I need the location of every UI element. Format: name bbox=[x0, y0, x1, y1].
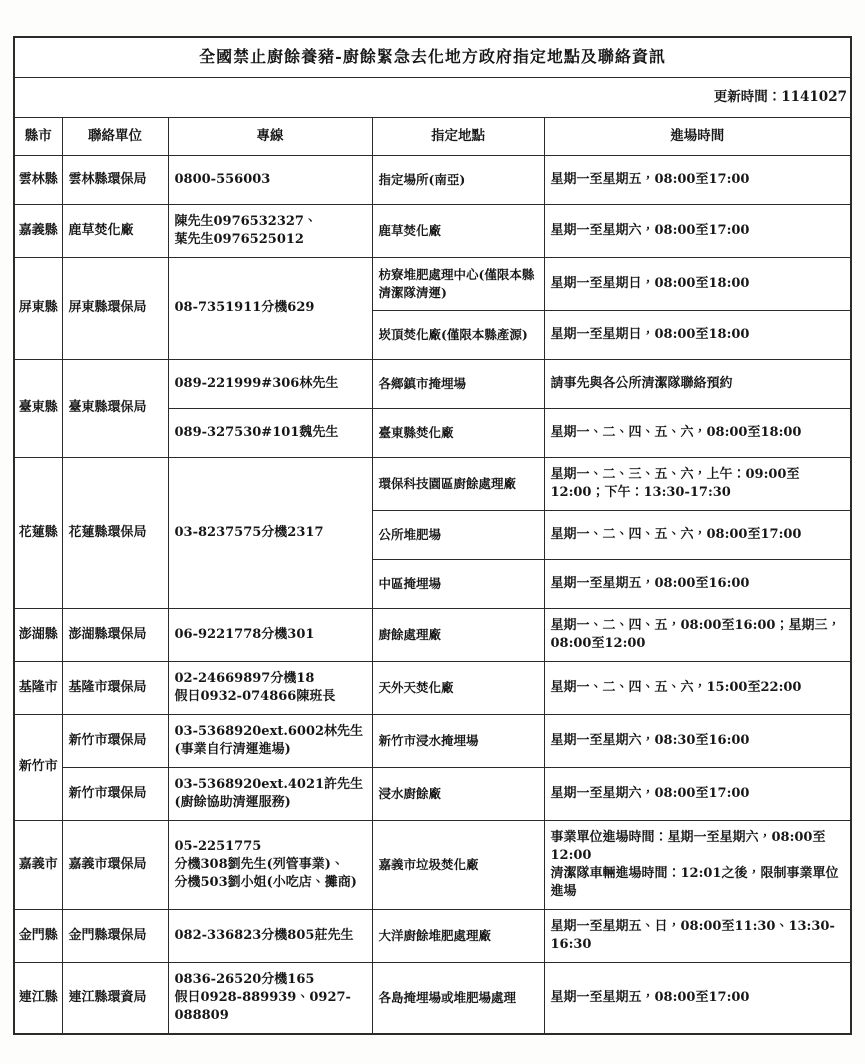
cell-county: 金門縣 bbox=[14, 909, 62, 962]
table-row: 基隆市基隆市環保局02-24669897分機18假日0932-074866陳班長… bbox=[14, 661, 851, 714]
cell-county: 連江縣 bbox=[14, 962, 62, 1034]
cell-hotline: 082-336823分機805莊先生 bbox=[168, 909, 372, 962]
cell-unit: 鹿草焚化廠 bbox=[62, 204, 168, 257]
table-row: 新竹市新竹市環保局03-5368920ext.6002林先生(事業自行清運進場)… bbox=[14, 714, 851, 767]
cell-county: 雲林縣 bbox=[14, 155, 62, 204]
cell-hours: 請事先與各公所清潔隊聯絡預約 bbox=[544, 359, 851, 408]
cell-hours: 星期一至星期五，08:00至17:00 bbox=[544, 155, 851, 204]
cell-location: 鹿草焚化廠 bbox=[372, 204, 544, 257]
cell-location: 廚餘處理廠 bbox=[372, 608, 544, 661]
cell-location: 浸水廚餘廠 bbox=[372, 767, 544, 820]
update-time-row: 更新時間：1141027 bbox=[14, 77, 851, 117]
cell-location: 新竹市浸水掩埋場 bbox=[372, 714, 544, 767]
table-row: 臺東縣臺東縣環保局089-221999#306林先生各鄉鎮市掩埋場請事先與各公所… bbox=[14, 359, 851, 408]
cell-unit: 新竹市環保局 bbox=[62, 714, 168, 767]
cell-hours: 星期一、二、三、五、六，上午：09:00至12:00；下午：13:30-17:3… bbox=[544, 457, 851, 510]
cell-hotline: 06-9221778分機301 bbox=[168, 608, 372, 661]
cell-hours: 星期一至星期五，08:00至16:00 bbox=[544, 559, 851, 608]
cell-hotline: 089-221999#306林先生 bbox=[168, 359, 372, 408]
table-row: 金門縣金門縣環保局082-336823分機805莊先生大洋廚餘堆肥處理廠星期一至… bbox=[14, 909, 851, 962]
cell-unit: 花蓮縣環保局 bbox=[62, 457, 168, 608]
cell-hotline: 089-327530#101魏先生 bbox=[168, 408, 372, 457]
cell-hours: 星期一至星期五，08:00至17:00 bbox=[544, 962, 851, 1034]
table-row: 新竹市環保局03-5368920ext.4021許先生(廚餘協助清運服務)浸水廚… bbox=[14, 767, 851, 820]
column-header-location: 指定地點 bbox=[372, 117, 544, 155]
title-row: 全國禁止廚餘養豬-廚餘緊急去化地方政府指定地點及聯絡資訊 bbox=[14, 37, 851, 77]
cell-hours: 星期一至星期六，08:00至17:00 bbox=[544, 204, 851, 257]
cell-hotline: 03-5368920ext.4021許先生(廚餘協助清運服務) bbox=[168, 767, 372, 820]
cell-location: 公所堆肥場 bbox=[372, 510, 544, 559]
cell-hotline: 0836-26520分機165假日0928-889939、0927-088809 bbox=[168, 962, 372, 1034]
cell-unit: 連江縣環資局 bbox=[62, 962, 168, 1034]
cell-hours: 星期一至星期六，08:30至16:00 bbox=[544, 714, 851, 767]
cell-hotline: 0800-556003 bbox=[168, 155, 372, 204]
cell-county: 花蓮縣 bbox=[14, 457, 62, 608]
column-header-entry-hours: 進場時間 bbox=[544, 117, 851, 155]
cell-location: 中區掩埋場 bbox=[372, 559, 544, 608]
cell-hotline: 陳先生0976532327、葉先生0976525012 bbox=[168, 204, 372, 257]
table-row: 屏東縣屏東縣環保局08-7351911分機629枋寮堆肥處理中心(僅限本縣清潔隊… bbox=[14, 257, 851, 310]
cell-county: 臺東縣 bbox=[14, 359, 62, 457]
cell-location: 嘉義市垃圾焚化廠 bbox=[372, 820, 544, 909]
document-page: 全國禁止廚餘養豬-廚餘緊急去化地方政府指定地點及聯絡資訊 更新時間：114102… bbox=[0, 0, 865, 1064]
cell-location: 環保科技園區廚餘處理廠 bbox=[372, 457, 544, 510]
cell-hours: 星期一、二、四、五，08:00至16:00；星期三，08:00至12:00 bbox=[544, 608, 851, 661]
cell-location: 大洋廚餘堆肥處理廠 bbox=[372, 909, 544, 962]
cell-hotline: 05-2251775分機308劉先生(列管事業)、分機503劉小姐(小吃店、攤商… bbox=[168, 820, 372, 909]
cell-location: 各島掩埋場或堆肥場處理 bbox=[372, 962, 544, 1034]
table-head: 全國禁止廚餘養豬-廚餘緊急去化地方政府指定地點及聯絡資訊 更新時間：114102… bbox=[14, 37, 851, 155]
cell-location: 臺東縣焚化廠 bbox=[372, 408, 544, 457]
cell-unit: 金門縣環保局 bbox=[62, 909, 168, 962]
table-row: 連江縣連江縣環資局0836-26520分機165假日0928-889939、09… bbox=[14, 962, 851, 1034]
cell-hours: 星期一、二、四、五、六，08:00至18:00 bbox=[544, 408, 851, 457]
update-time: 更新時間：1141027 bbox=[14, 77, 851, 117]
page-title: 全國禁止廚餘養豬-廚餘緊急去化地方政府指定地點及聯絡資訊 bbox=[14, 37, 851, 77]
cell-county: 屏東縣 bbox=[14, 257, 62, 359]
waste-disposal-table: 全國禁止廚餘養豬-廚餘緊急去化地方政府指定地點及聯絡資訊 更新時間：114102… bbox=[13, 36, 852, 1035]
table-row: 澎湖縣澎湖縣環保局06-9221778分機301廚餘處理廠星期一、二、四、五，0… bbox=[14, 608, 851, 661]
cell-unit: 基隆市環保局 bbox=[62, 661, 168, 714]
cell-unit: 屏東縣環保局 bbox=[62, 257, 168, 359]
cell-hotline: 08-7351911分機629 bbox=[168, 257, 372, 359]
cell-county: 新竹市 bbox=[14, 714, 62, 820]
cell-hours: 星期一至星期六，08:00至17:00 bbox=[544, 767, 851, 820]
cell-unit: 雲林縣環保局 bbox=[62, 155, 168, 204]
cell-hotline: 03-5368920ext.6002林先生(事業自行清運進場) bbox=[168, 714, 372, 767]
cell-unit: 臺東縣環保局 bbox=[62, 359, 168, 457]
cell-location: 天外天焚化廠 bbox=[372, 661, 544, 714]
cell-hotline: 03-8237575分機2317 bbox=[168, 457, 372, 608]
cell-location: 崁頂焚化廠(僅限本縣產源) bbox=[372, 310, 544, 359]
cell-hours: 星期一、二、四、五、六，08:00至17:00 bbox=[544, 510, 851, 559]
cell-hours: 星期一至星期日，08:00至18:00 bbox=[544, 310, 851, 359]
cell-county: 基隆市 bbox=[14, 661, 62, 714]
column-header-hotline: 專線 bbox=[168, 117, 372, 155]
table-body: 雲林縣雲林縣環保局0800-556003指定場所(南亞)星期一至星期五，08:0… bbox=[14, 155, 851, 1034]
column-header-row: 縣市 聯絡單位 專線 指定地點 進場時間 bbox=[14, 117, 851, 155]
cell-hours: 事業單位進場時間：星期一至星期六，08:00至12:00清潔隊車輛進場時間：12… bbox=[544, 820, 851, 909]
cell-hours: 星期一至星期日，08:00至18:00 bbox=[544, 257, 851, 310]
cell-county: 嘉義市 bbox=[14, 820, 62, 909]
table-row: 花蓮縣花蓮縣環保局03-8237575分機2317環保科技園區廚餘處理廠星期一、… bbox=[14, 457, 851, 510]
cell-location: 指定場所(南亞) bbox=[372, 155, 544, 204]
cell-hotline: 02-24669897分機18假日0932-074866陳班長 bbox=[168, 661, 372, 714]
table-row: 雲林縣雲林縣環保局0800-556003指定場所(南亞)星期一至星期五，08:0… bbox=[14, 155, 851, 204]
column-header-contact-unit: 聯絡單位 bbox=[62, 117, 168, 155]
cell-location: 各鄉鎮市掩埋場 bbox=[372, 359, 544, 408]
table-row: 嘉義縣鹿草焚化廠陳先生0976532327、葉先生0976525012鹿草焚化廠… bbox=[14, 204, 851, 257]
cell-location: 枋寮堆肥處理中心(僅限本縣清潔隊清運) bbox=[372, 257, 544, 310]
cell-hours: 星期一至星期五、日，08:00至11:30、13:30-16:30 bbox=[544, 909, 851, 962]
cell-unit: 澎湖縣環保局 bbox=[62, 608, 168, 661]
table-row: 嘉義市嘉義市環保局05-2251775分機308劉先生(列管事業)、分機503劉… bbox=[14, 820, 851, 909]
cell-county: 嘉義縣 bbox=[14, 204, 62, 257]
cell-unit: 新竹市環保局 bbox=[62, 767, 168, 820]
cell-unit: 嘉義市環保局 bbox=[62, 820, 168, 909]
column-header-county: 縣市 bbox=[14, 117, 62, 155]
cell-county: 澎湖縣 bbox=[14, 608, 62, 661]
cell-hours: 星期一、二、四、五、六，15:00至22:00 bbox=[544, 661, 851, 714]
